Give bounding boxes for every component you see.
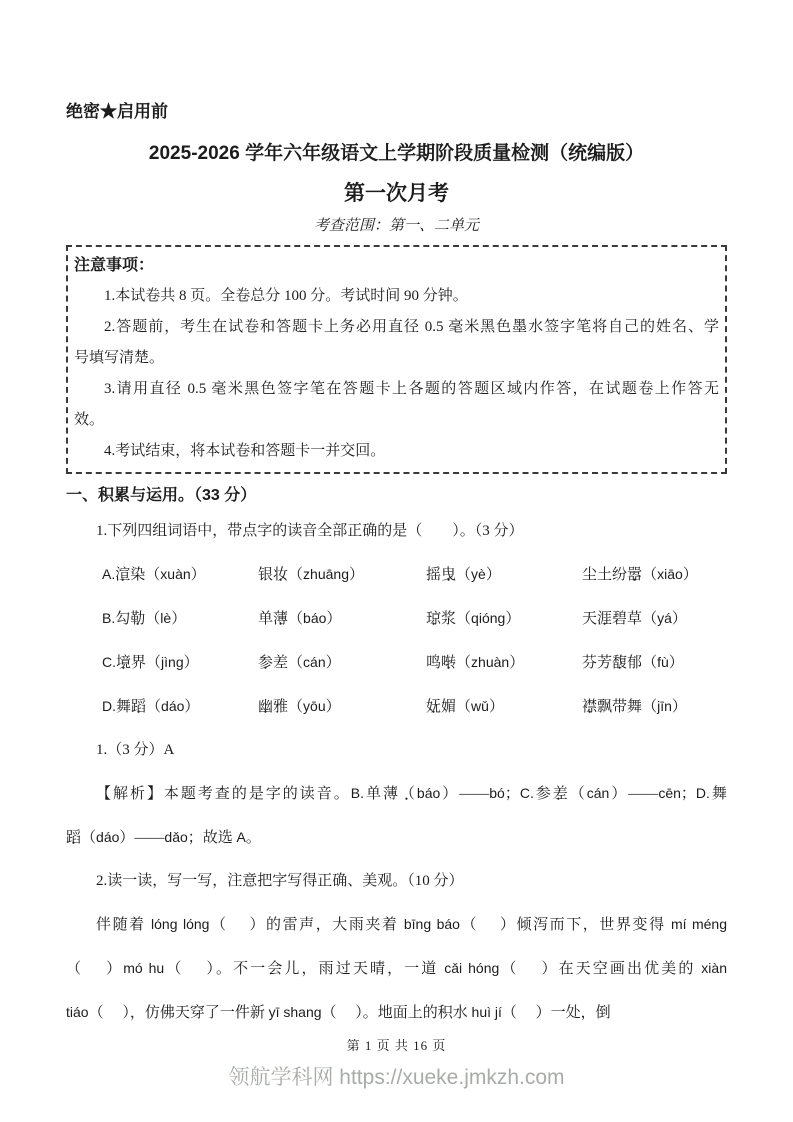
pinyin-text: yōu — [303, 698, 326, 714]
option-item: 单薄（báo） — [258, 597, 426, 641]
dotted-character: 参 — [534, 786, 553, 802]
option-item: 琼浆（qióng） — [426, 597, 582, 641]
pinyin-text: jìng — [161, 654, 184, 670]
question-2-paragraph: 伴随着 lóng lóng（ ）的雷声，大雨夹着 bīng báo（ ）倾泻而下… — [66, 903, 727, 1035]
exam-scope-note: 考查范围：第一、二单元 — [66, 216, 727, 237]
dotted-character: 涯 — [597, 611, 612, 627]
notice-item-line: 2.答题前，考生在试卷和答题卡上务必用直径 0.5 毫米黑色墨水签字笔将自己的姓… — [74, 312, 719, 343]
secrecy-label: 绝密★启用前 — [66, 100, 727, 124]
question-1-stem: 1.下列四组词语中，带点字的读音全部正确的是（ ）。（3 分） — [66, 510, 727, 553]
pinyin-text: bīng báo — [404, 916, 460, 932]
pinyin-text: cán — [587, 785, 610, 801]
pinyin-text: mó hu — [123, 960, 164, 976]
pinyin-text: mí méng — [671, 916, 727, 932]
exam-paper-page: 绝密★启用前 2025-2026 学年六年级语文上学期阶段质量检测（统编版） 第… — [0, 0, 793, 1122]
pinyin-text: huì jí — [472, 1004, 502, 1020]
pinyin-text: wǔ — [471, 698, 489, 714]
option-item: 襟飘带舞（jīn） — [582, 685, 727, 729]
dotted-character: 蹈 — [131, 699, 146, 715]
notice-item-line: 1.本试卷共 8 页。全卷总分 100 分。考试时间 90 分钟。 — [74, 281, 719, 312]
option-item: 妩媚（wǔ） — [426, 685, 582, 729]
dotted-character: 啭 — [441, 655, 456, 671]
option-letter: C. — [102, 654, 116, 670]
pinyin-text: xuàn — [160, 566, 190, 582]
pinyin-text: cēn — [658, 785, 681, 801]
text-line: 蹈（dáo）——dǎo；故选 A。 — [66, 816, 727, 860]
option-letter: B. — [102, 610, 115, 626]
dotted-character: 参 — [258, 655, 273, 671]
pinyin-text: zhuāng — [303, 566, 349, 582]
dotted-character: 蹈 — [66, 830, 81, 846]
pinyin-text: lè — [160, 610, 171, 626]
pinyin-text: yè — [471, 566, 486, 582]
dotted-character: 境 — [116, 655, 131, 671]
notice-items: 1.本试卷共 8 页。全卷总分 100 分。考试时间 90 分钟。2.答题前，考… — [74, 281, 719, 467]
pinyin-text: xiāo — [657, 566, 683, 582]
option-row: C.境界（jìng）参差（cán）鸣啭（zhuàn）芬芳馥郁（fù） — [102, 641, 727, 685]
pinyin-text: yī shang — [269, 1004, 322, 1020]
pinyin-text: jīn — [657, 698, 672, 714]
dotted-character: 妆 — [273, 567, 288, 583]
question-2-stem: 2.读一读，写一写，注意把字写得正确、美观。（10 分） — [66, 860, 727, 903]
pinyin-text: qióng — [471, 610, 505, 626]
notice-item-line: 3.请用直径 0.5 毫米黑色签字笔在答题卡上各题的答题区域内作答，在试题卷上作… — [74, 374, 719, 405]
pinyin-text: xiàn — [701, 960, 727, 976]
watermark-link[interactable]: 领航学科网 https://xueke.jmkzh.com — [66, 1065, 727, 1091]
question-1-options: A.渲染（xuàn）银妆（zhuāng）摇曳（yè）尘土纷嚣（xiāo）B.勾勒… — [66, 553, 727, 729]
option-letter: D. — [102, 698, 116, 714]
pinyin-text: dáo — [161, 698, 184, 714]
option-item: 参差（cán） — [258, 641, 426, 685]
pinyin-text: tiáo — [66, 1004, 89, 1020]
pinyin-text: lóng lóng — [151, 916, 209, 932]
pinyin-text: yá — [657, 610, 672, 626]
dotted-character: 幽 — [258, 699, 273, 715]
dotted-character: 馥 — [612, 655, 627, 671]
notice-heading: 注意事项： — [74, 250, 719, 281]
pinyin-text: báo — [303, 610, 326, 626]
dotted-character: 琼 — [426, 611, 441, 627]
option-item: 尘土纷嚣（xiāo） — [582, 553, 727, 597]
pinyin-text: B. — [351, 785, 364, 801]
pinyin-text: cán — [303, 654, 326, 670]
option-item: 芬芳馥郁（fù） — [582, 641, 727, 685]
exam-subtitle: 第一次月考 — [66, 179, 727, 208]
notice-item-line: 号填写清楚。 — [74, 343, 719, 374]
option-row: D.舞蹈（dáo）幽雅（yōu）妩媚（wǔ）襟飘带舞（jīn） — [102, 685, 727, 729]
question-1-analysis: 【解析】本题考查的是字的读音。B.单薄（báo）——bó；C.参差（cán）——… — [66, 772, 727, 860]
pinyin-text: báo — [417, 785, 440, 801]
option-item: C.境界（jìng） — [102, 641, 258, 685]
dotted-character: 嚣 — [627, 567, 642, 583]
text-line: （ ）mó hu（ ）。不一会儿，雨过天晴，一道 cǎi hóng（ ）在天空画… — [66, 947, 727, 991]
text-line: tiáo（ ），仿佛天穿了一件新 yī shang（ ）。地面上的积水 huì … — [66, 991, 727, 1035]
dotted-character: 渲 — [115, 567, 130, 583]
dotted-character: 妩 — [426, 699, 441, 715]
exam-title: 2025-2026 学年六年级语文上学期阶段质量检测（统编版） — [66, 140, 727, 167]
pinyin-text: D. — [696, 785, 710, 801]
dotted-character: 薄 — [273, 611, 288, 627]
question-1-answer: 1.（3 分）A — [66, 729, 727, 772]
notice-item-line: 4.考试结束，将本试卷和答题卡一并交回。 — [74, 436, 719, 467]
option-item: A.渲染（xuàn） — [102, 553, 258, 597]
text-line: 伴随着 lóng lóng（ ）的雷声，大雨夹着 bīng báo（ ）倾泻而下… — [66, 903, 727, 947]
option-item: 天涯碧草（yá） — [582, 597, 727, 641]
pinyin-text: zhuàn — [471, 654, 509, 670]
dotted-character: 薄 — [383, 786, 400, 802]
pinyin-text: dǎo — [164, 829, 187, 845]
pinyin-text: cǎi hóng — [444, 960, 499, 976]
option-item: D.舞蹈（dáo） — [102, 685, 258, 729]
dotted-character: 勒 — [130, 611, 145, 627]
option-item: 幽雅（yōu） — [258, 685, 426, 729]
pinyin-text: A — [237, 829, 246, 845]
pinyin-text: dáo — [96, 829, 119, 845]
notice-item-line: 效。 — [74, 405, 719, 436]
option-item: B.勾勒（lè） — [102, 597, 258, 641]
section-1-heading: 一、积累与运用。（33 分） — [66, 482, 727, 510]
pinyin-text: bó — [489, 785, 505, 801]
option-row: B.勾勒（lè）单薄（báo）琼浆（qióng）天涯碧草（yá） — [102, 597, 727, 641]
notice-box: 注意事项： 1.本试卷共 8 页。全卷总分 100 分。考试时间 90 分钟。2… — [66, 245, 727, 474]
option-item: 银妆（zhuāng） — [258, 553, 426, 597]
pinyin-text: fù — [657, 654, 669, 670]
text-line: 【解析】本题考查的是字的读音。B.单薄（báo）——bó；C.参差（cán）——… — [66, 772, 727, 816]
option-item: 鸣啭（zhuàn） — [426, 641, 582, 685]
option-letter: A. — [102, 566, 115, 582]
option-row: A.渲染（xuàn）银妆（zhuāng）摇曳（yè）尘土纷嚣（xiāo） — [102, 553, 727, 597]
option-item: 摇曳（yè） — [426, 553, 582, 597]
page-number: 第 1 页 共 16 页 — [66, 1037, 727, 1055]
dotted-character: 曳 — [441, 567, 456, 583]
dotted-character: 襟 — [582, 699, 597, 715]
